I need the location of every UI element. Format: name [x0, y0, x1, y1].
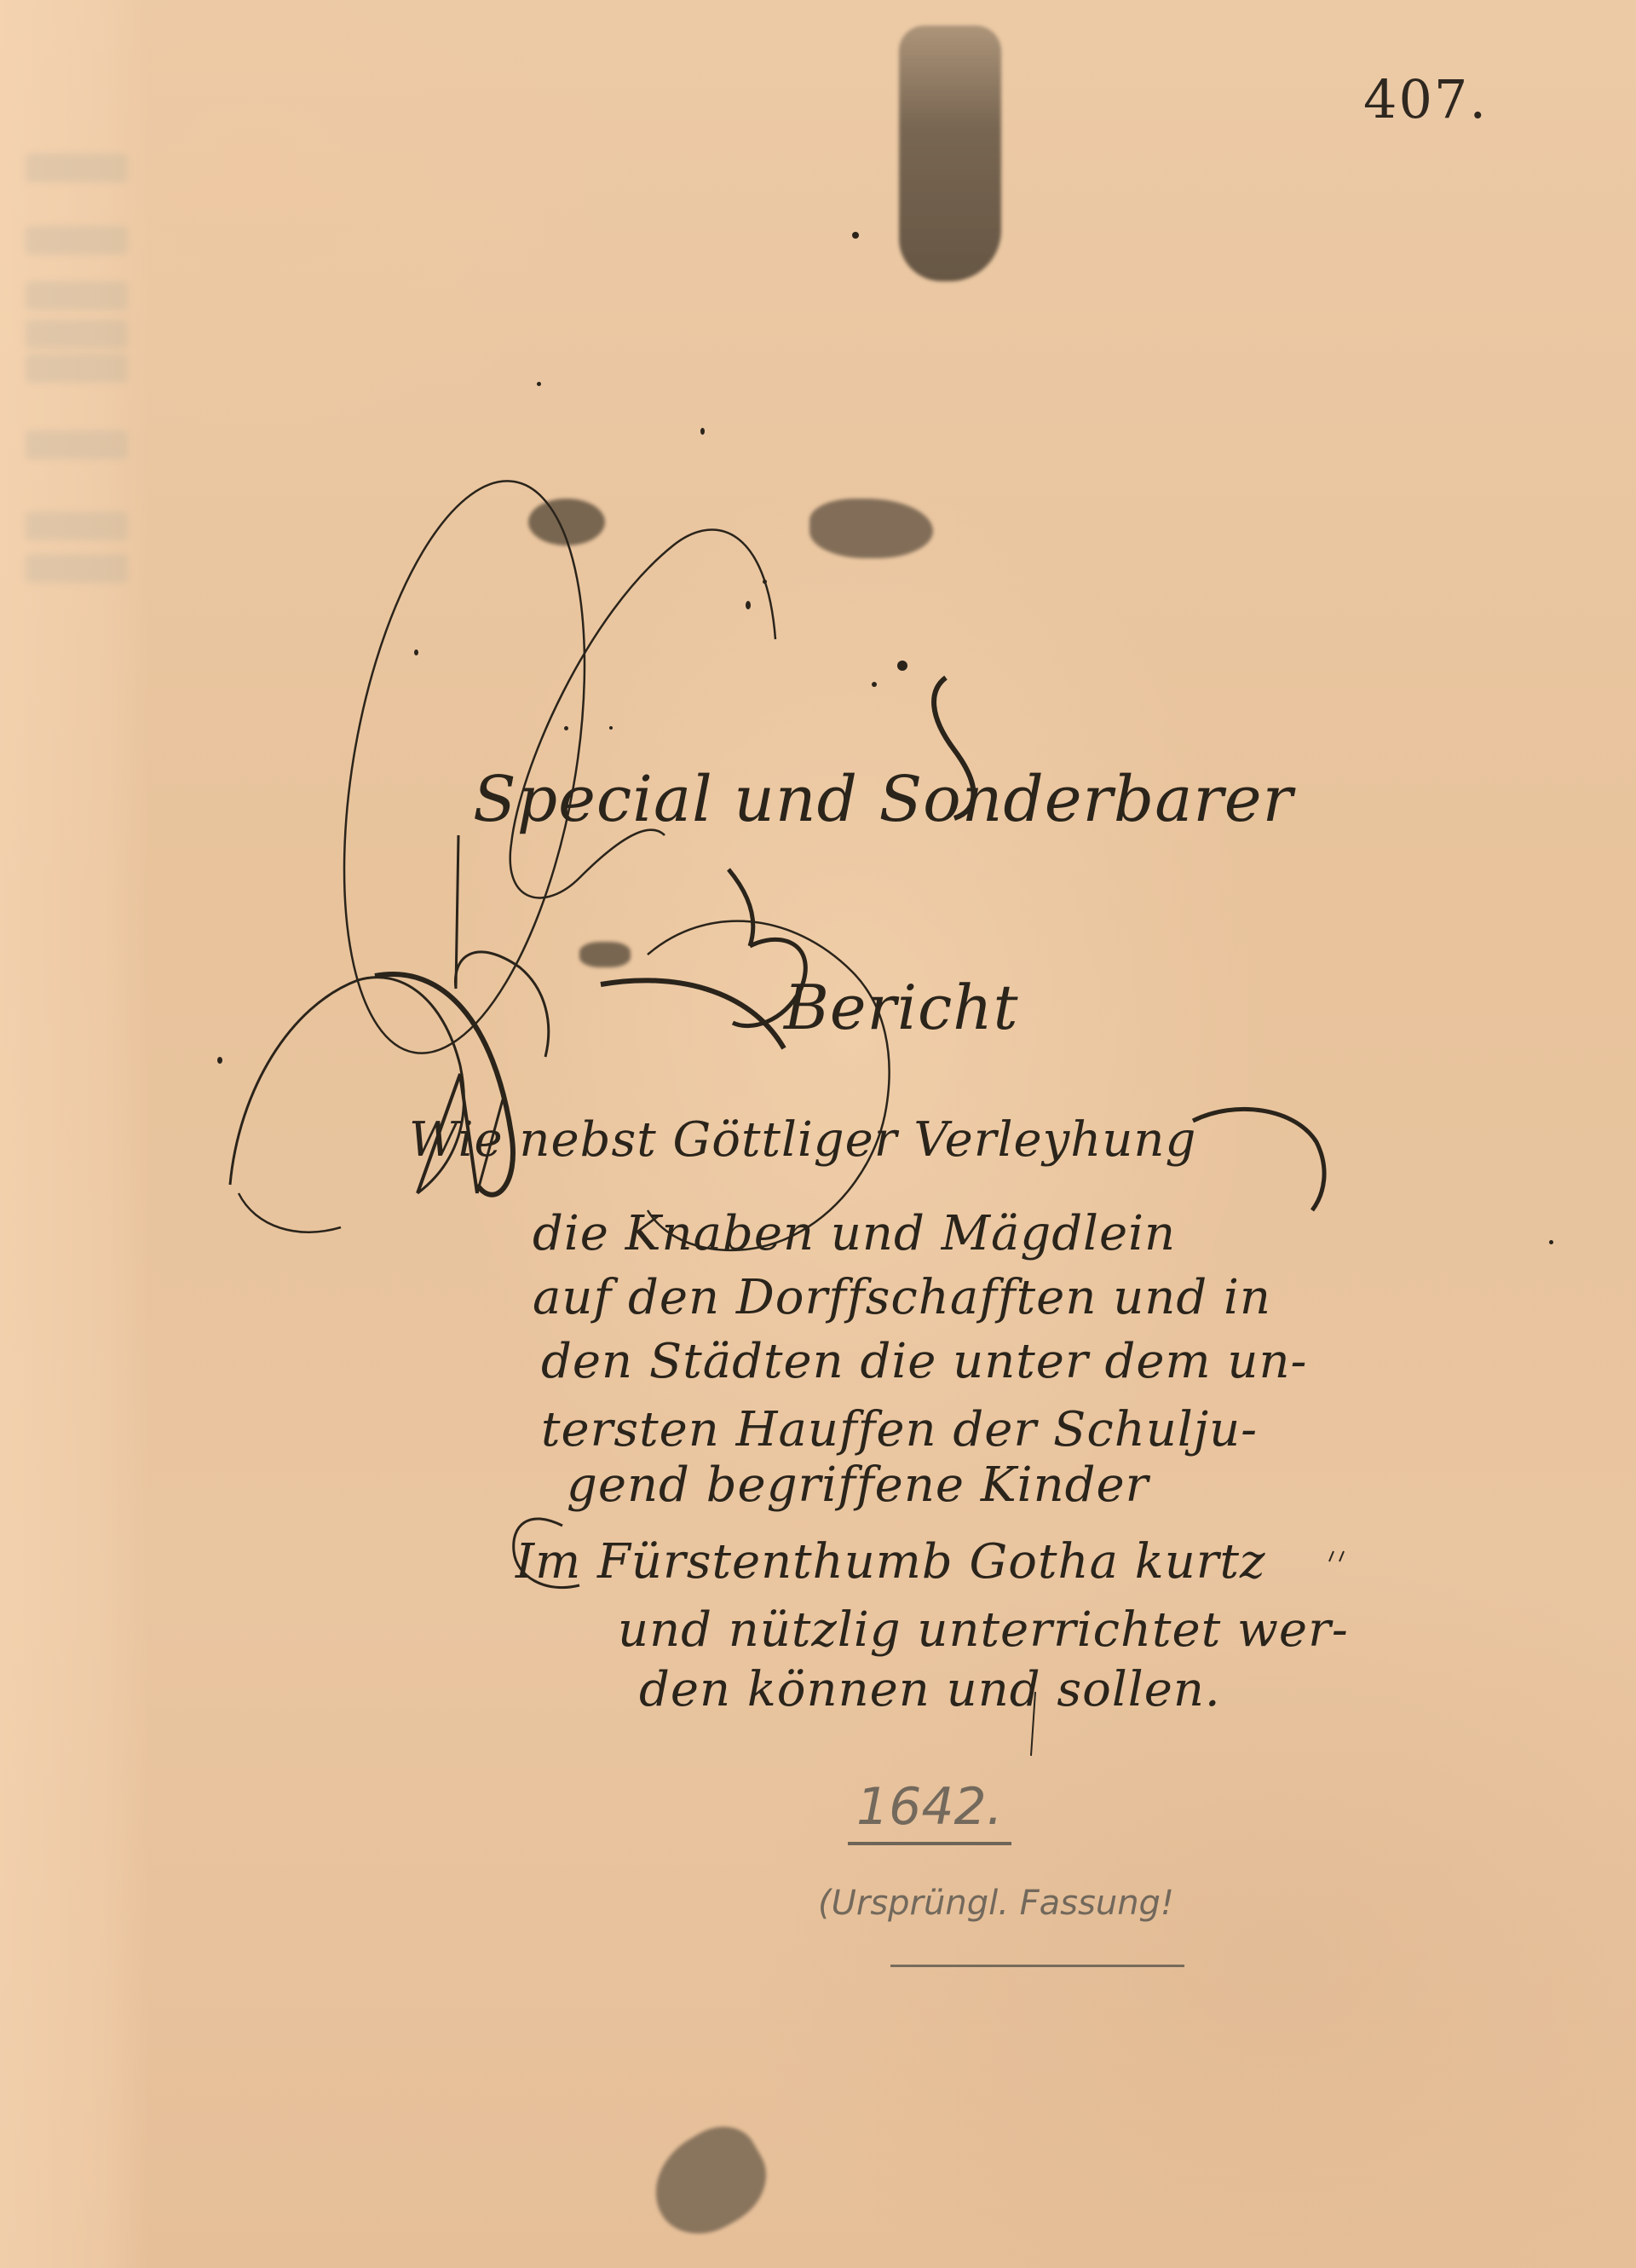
- bleed-through-text: [26, 226, 128, 255]
- ink-speck: [852, 232, 859, 239]
- bleed-through-text: [26, 281, 128, 310]
- title-line-special-und-sonderbarer: Special und Sonderbarer: [473, 763, 1293, 836]
- bleed-through-text: [26, 320, 128, 349]
- manuscript-page: 407. Special und Sonderbarer Bericht Wie…: [0, 0, 1636, 2268]
- bleed-through-text: [26, 430, 128, 459]
- ink-speck: [763, 580, 767, 584]
- body-line-4: den Städten die unter dem un-: [541, 1334, 1307, 1389]
- capital-s-inner-loop: [510, 530, 775, 898]
- ink-speck: [414, 649, 418, 655]
- ink-speck: [217, 1057, 222, 1064]
- body-line-8: und nützlig unterrichtet wer-: [618, 1602, 1349, 1658]
- pencil-year-annotation: 1642.: [848, 1777, 1011, 1845]
- pencil-underline: [890, 1965, 1184, 1967]
- ink-stain: [899, 26, 1001, 281]
- ink-speck: [609, 726, 613, 730]
- ink-stain: [637, 2113, 783, 2252]
- ink-speck: [1549, 1240, 1553, 1244]
- n-flourish-loop: [648, 921, 890, 1250]
- bleed-through-text: [26, 153, 128, 182]
- body-line-7: Im Fürstenthumb Gotha kurtz: [516, 1534, 1266, 1590]
- bleed-through-text: [26, 554, 128, 583]
- capital-s-tail: [455, 952, 548, 1057]
- ink-speck: [897, 661, 907, 671]
- bleed-through-text: [26, 511, 128, 540]
- title-line-bericht: Bericht: [784, 972, 1019, 1043]
- body-line-1: Wie nebst Göttliger Verleyhung: [409, 1112, 1196, 1168]
- body-line-3: auf den Dorffschafften und in: [533, 1270, 1271, 1325]
- ink-stain: [809, 499, 933, 558]
- ink-speck: [537, 382, 541, 386]
- body-line-2: die Knaben und Mägdlein: [533, 1206, 1176, 1261]
- ink-speck: [872, 682, 877, 687]
- body-line-5: tersten Hauffen der Schulju-: [541, 1402, 1258, 1457]
- ink-speck: [564, 726, 568, 730]
- folio-number: 407.: [1363, 68, 1488, 130]
- bleed-through-text: [26, 354, 128, 383]
- ink-stain: [579, 942, 631, 967]
- body-line-6: gend begriffene Kinder: [567, 1457, 1149, 1513]
- ink-speck: [746, 601, 751, 609]
- ink-speck: [700, 428, 705, 435]
- body-line-9: den können und sollen.: [639, 1662, 1221, 1717]
- ink-stain: [528, 499, 605, 545]
- pencil-note-annotation: (Ursprüngl. Fassung!: [818, 1884, 1174, 1923]
